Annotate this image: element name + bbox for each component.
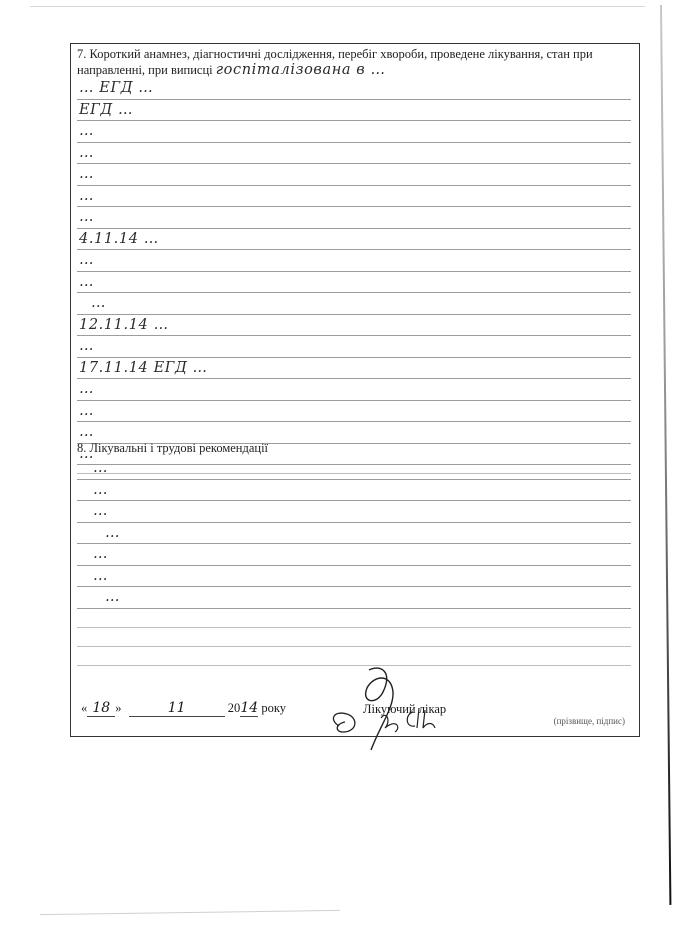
recommendation-text: … <box>93 460 108 476</box>
handwritten-line: … <box>77 164 631 186</box>
handwritten-line: … <box>77 207 631 229</box>
handwritten-line: … <box>77 336 631 358</box>
handwritten-line: 4.11.14 … <box>77 229 631 251</box>
section-7-label-line1: 7. Короткий анамнез, діагностичні дослід… <box>77 46 631 62</box>
scan-edge-right <box>660 5 671 905</box>
handwritten-line: … <box>77 272 631 294</box>
handwritten-line: … <box>77 250 631 272</box>
blank-rule <box>77 627 631 628</box>
handwritten-line: ЕГД … <box>77 100 631 122</box>
form-box: 7. Короткий анамнез, діагностичні дослід… <box>70 43 640 737</box>
section-7-anamnesis: 7. Короткий анамнез, діагностичні дослід… <box>77 46 631 474</box>
recommendation-continuation: … <box>77 523 631 545</box>
handwritten-line: … <box>77 186 631 208</box>
recommendation-item: – … <box>77 566 631 588</box>
date-field: «18» 11 2014 року <box>81 700 286 717</box>
scan-edge-bottom <box>40 910 340 915</box>
date-year-word: року <box>261 701 286 715</box>
handwritten-line: … ЕГД … <box>77 78 631 100</box>
handwritten-line: 12.11.14 … <box>77 315 631 337</box>
blank-rule <box>77 646 631 647</box>
scan-edge-top <box>30 6 645 7</box>
section-7-label-line2: направленні, при виписці госпіталізована… <box>77 62 631 78</box>
recommendation-item: – … <box>77 501 631 523</box>
empty-ruled-lines <box>77 627 631 666</box>
date-day: 18 <box>87 700 115 717</box>
recommendation-text: … <box>105 589 120 605</box>
recommendations-list: – … – … – … … – … – … … <box>77 458 631 609</box>
recommendation-text: … <box>93 546 108 562</box>
recommendation-text: … <box>93 568 108 584</box>
section-8-recommendations: 8. Лікувальні і трудові рекомендації – …… <box>77 440 631 666</box>
section-7-handwritten-body: … ЕГД … ЕГД … … … … … … 4.11.14 … … … … … <box>77 78 631 465</box>
handwritten-line: 17.11.14 ЕГД … <box>77 358 631 380</box>
section-7-label-line2-text: направленні, при виписці <box>77 63 213 77</box>
recommendation-continuation: … <box>77 587 631 609</box>
recommendation-text: … <box>105 525 120 541</box>
handwritten-line: … <box>77 379 631 401</box>
handwritten-first-line: госпіталізована в … <box>216 62 386 78</box>
date-month: 11 <box>129 700 225 717</box>
recommendation-item: – … <box>77 544 631 566</box>
date-quote-close: » <box>115 701 121 715</box>
signature-row: «18» 11 2014 року Лікуючий лікар (прізви… <box>81 692 631 732</box>
treating-doctor-label: Лікуючий лікар <box>363 702 446 717</box>
recommendation-text: … <box>93 503 108 519</box>
recommendation-item: – … <box>77 480 631 502</box>
handwritten-line: … <box>77 293 631 315</box>
handwritten-line: … <box>77 143 631 165</box>
date-year-suffix: 14 <box>240 700 258 717</box>
recommendation-text: … <box>93 482 108 498</box>
signature-caption: (прізвище, підпис) <box>554 716 625 726</box>
section-8-label: 8. Лікувальні і трудові рекомендації <box>77 440 631 456</box>
handwritten-line: … <box>77 121 631 143</box>
date-year-prefix: 20 <box>228 701 241 715</box>
recommendation-item: – … <box>77 458 631 480</box>
handwritten-line: … <box>77 401 631 423</box>
